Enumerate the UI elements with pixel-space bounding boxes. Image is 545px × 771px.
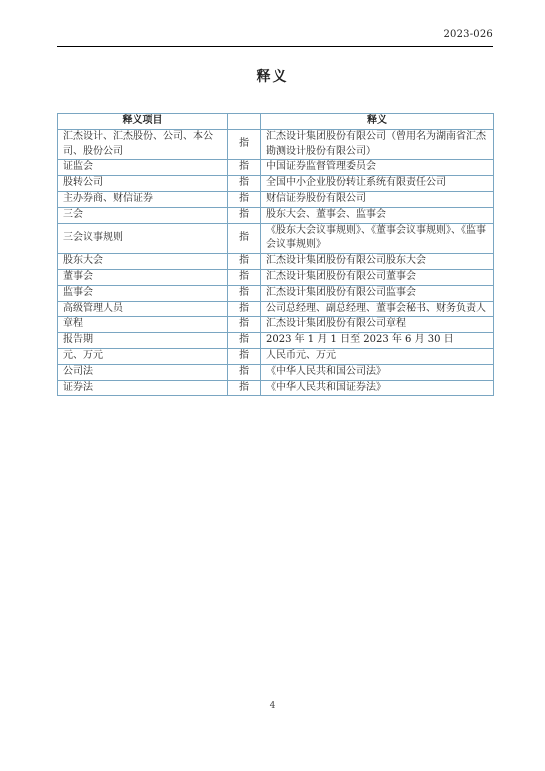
definition-item: 三会议事规则 (58, 223, 228, 254)
connector-cell: 指 (228, 254, 261, 270)
connector-cell: 指 (228, 348, 261, 364)
definition-text: 汇杰设计集团股份有限公司董事会 (261, 269, 494, 285)
document-number: 2023-026 (443, 29, 493, 40)
definition-item: 董事会 (58, 269, 228, 285)
column-header-item: 释义项目 (58, 114, 228, 130)
table-row: 证监会 指 中国证券监督管理委员会 (58, 160, 494, 176)
definition-text: 股东大会、董事会、监事会 (261, 207, 494, 223)
table-row: 股转公司 指 全国中小企业股份转让系统有限责任公司 (58, 176, 494, 192)
connector-cell: 指 (228, 191, 261, 207)
connector-cell: 指 (228, 176, 261, 192)
definition-item: 高级管理人员 (58, 301, 228, 317)
table-row: 股东大会 指 汇杰设计集团股份有限公司股东大会 (58, 254, 494, 270)
connector-cell: 指 (228, 333, 261, 349)
definition-item: 三会 (58, 207, 228, 223)
definition-text: 汇杰设计集团股份有限公司章程 (261, 317, 494, 333)
definition-item: 主办券商、财信证券 (58, 191, 228, 207)
definition-item: 汇杰设计、汇杰股份、公司、本公司、股份公司 (58, 129, 228, 160)
column-header-definition: 释义 (261, 114, 494, 130)
definition-text: 2023 年 1 月 1 日至 2023 年 6 月 30 日 (261, 333, 494, 349)
connector-cell: 指 (228, 223, 261, 254)
definition-text: 《中华人民共和国证券法》 (261, 380, 494, 396)
connector-cell: 指 (228, 160, 261, 176)
table-header-row: 释义项目 释义 (58, 114, 494, 130)
connector-cell: 指 (228, 207, 261, 223)
column-header-middle (228, 114, 261, 130)
definition-text: 人民币元、万元 (261, 348, 494, 364)
definition-text: 公司总经理、副总经理、董事会秘书、财务负责人 (261, 301, 494, 317)
connector-cell: 指 (228, 269, 261, 285)
definition-text: 财信证券股份有限公司 (261, 191, 494, 207)
definition-text: 《中华人民共和国公司法》 (261, 364, 494, 380)
connector-cell: 指 (228, 129, 261, 160)
connector-cell: 指 (228, 285, 261, 301)
page-number: 4 (0, 701, 545, 711)
table-row: 证券法 指 《中华人民共和国证券法》 (58, 380, 494, 396)
definition-text: 汇杰设计集团股份有限公司（曾用名为湖南省汇杰勘测设计股份有限公司） (261, 129, 494, 160)
definition-text: 全国中小企业股份转让系统有限责任公司 (261, 176, 494, 192)
connector-cell: 指 (228, 317, 261, 333)
table-row: 主办券商、财信证券 指 财信证券股份有限公司 (58, 191, 494, 207)
table-row: 章程 指 汇杰设计集团股份有限公司章程 (58, 317, 494, 333)
definition-text: 汇杰设计集团股份有限公司监事会 (261, 285, 494, 301)
definition-item: 证监会 (58, 160, 228, 176)
definition-item: 公司法 (58, 364, 228, 380)
connector-cell: 指 (228, 364, 261, 380)
table-row: 三会议事规则 指 《股东大会议事规则》、《董事会议事规则》、《监事会议事规则》 (58, 223, 494, 254)
table-row: 汇杰设计、汇杰股份、公司、本公司、股份公司 指 汇杰设计集团股份有限公司（曾用名… (58, 129, 494, 160)
table-row: 监事会 指 汇杰设计集团股份有限公司监事会 (58, 285, 494, 301)
definition-text: 《股东大会议事规则》、《董事会议事规则》、《监事会议事规则》 (261, 223, 494, 254)
table-row: 三会 指 股东大会、董事会、监事会 (58, 207, 494, 223)
connector-cell: 指 (228, 380, 261, 396)
definitions-table: 释义项目 释义 汇杰设计、汇杰股份、公司、本公司、股份公司 指 汇杰设计集团股份… (57, 113, 494, 396)
page-title: 释义 (0, 66, 545, 86)
table-row: 报告期 指 2023 年 1 月 1 日至 2023 年 6 月 30 日 (58, 333, 494, 349)
definition-text: 汇杰设计集团股份有限公司股东大会 (261, 254, 494, 270)
definition-item: 监事会 (58, 285, 228, 301)
table-row: 高级管理人员 指 公司总经理、副总经理、董事会秘书、财务负责人 (58, 301, 494, 317)
definition-item: 元、万元 (58, 348, 228, 364)
table-row: 公司法 指 《中华人民共和国公司法》 (58, 364, 494, 380)
definition-item: 股转公司 (58, 176, 228, 192)
definition-item: 股东大会 (58, 254, 228, 270)
definition-item: 证券法 (58, 380, 228, 396)
definition-text: 中国证券监督管理委员会 (261, 160, 494, 176)
connector-cell: 指 (228, 301, 261, 317)
table-row: 元、万元 指 人民币元、万元 (58, 348, 494, 364)
table-row: 董事会 指 汇杰设计集团股份有限公司董事会 (58, 269, 494, 285)
definition-item: 章程 (58, 317, 228, 333)
definition-item: 报告期 (58, 333, 228, 349)
header-divider (57, 46, 493, 47)
